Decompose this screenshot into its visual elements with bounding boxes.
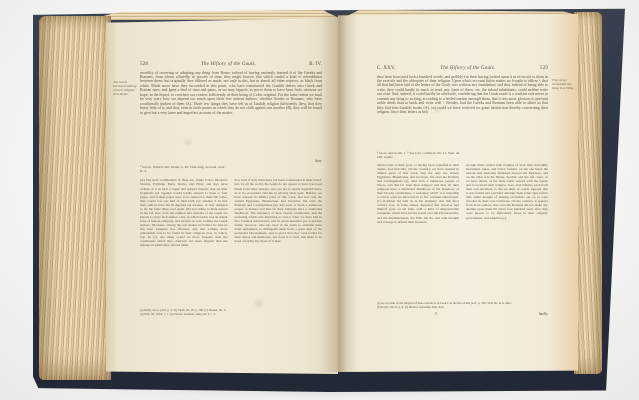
left-main-paragraph: neceſſity of receiving or adopting any t… <box>140 71 322 159</box>
right-main-paragraph: they have borrowed ſuch a hundred words,… <box>377 75 548 149</box>
right-notes-column-a: letters relate to their gods, or having … <box>377 163 459 299</box>
right-notes-columns: letters relate to their gods, or having … <box>377 163 548 299</box>
right-running-header: C. XXV. The Hiſtory of the Gauls. 529 <box>377 66 548 71</box>
press-figure: 9 <box>435 312 437 316</box>
left-running-header: 528 The Hiſtory of the Gauls. B. IV. <box>140 62 322 67</box>
left-notes-column-b: It is well, if ſuch titles have not been… <box>235 178 323 306</box>
left-page-content: 528 The Hiſtory of the Gauls. B. IV. nec… <box>140 62 322 317</box>
foxing-spot <box>432 106 442 114</box>
right-notes-column-b: enough them, united with ſupplies of the… <box>466 163 548 299</box>
right-chapter-label: C. XXV. <box>377 66 396 71</box>
right-running-title: The Hiſtory of the Gauls. <box>440 66 495 71</box>
left-page-number: 528 <box>140 62 148 67</box>
right-footnote-line-2: bell. Gallic. <box>377 155 548 159</box>
left-footnote-line-2: B. 4. <box>140 169 322 173</box>
foxing-spot <box>182 138 194 147</box>
right-catchword: hardly <box>539 312 548 316</box>
photo-background: 528 The Hiſtory of the Gauls. B. IV. nec… <box>0 0 639 400</box>
left-notes-columns: (A) The moſt conſiderable of theſe are, … <box>140 178 322 306</box>
right-page-number: 529 <box>540 66 548 71</box>
left-fore-edge <box>39 16 111 380</box>
right-fore-edge <box>574 12 602 374</box>
left-bottom-footnotes: (a) Relig. doctr. præf. p. 4. (b) Strab.… <box>140 309 322 316</box>
right-bottom-footnotes: (a) An account of the religion of theſe … <box>377 302 548 309</box>
gutter-shadow <box>320 14 358 372</box>
right-signature-row: 9 hardly <box>377 312 548 316</box>
foxing-spot <box>252 298 266 308</box>
left-catchword: they <box>140 159 322 164</box>
right-marginal-note: They never committed any thing to writin… <box>552 78 576 90</box>
left-running-title: The Hiſtory of the Gauls. <box>201 62 256 67</box>
left-book-label: B. IV. <box>309 62 322 67</box>
left-notes-column-a: (A) The moſt conſiderable of theſe are, … <box>140 178 228 306</box>
left-marginal-note: The Gauls borrow'd nothing of their reli… <box>113 80 137 96</box>
right-page-content: C. XXV. The Hiſtory of the Gauls. 529 th… <box>377 66 548 316</box>
